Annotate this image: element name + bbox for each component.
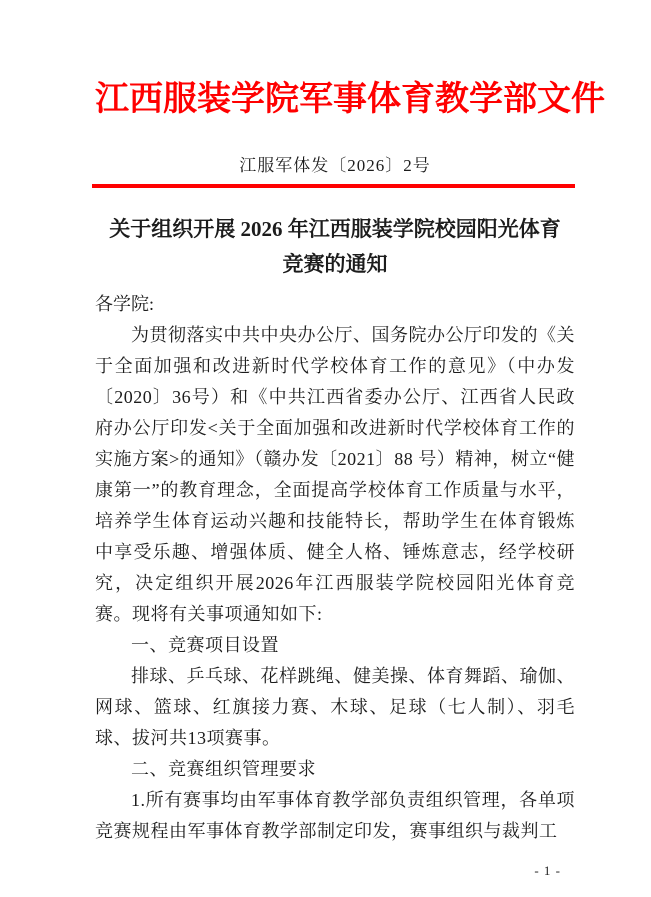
document-header-org-title: 江西服装学院军事体育教学部文件 [95,80,575,121]
doc-number: 江服军体发〔2026〕2号 [95,151,575,176]
document-title: 关于组织开展 2026 年江西服装学院校园阳光体育竞赛的通知 [100,212,570,282]
paragraph-organization-requirements: 1.所有赛事均由军事体育教学部负责组织管理，各单项竞赛规程由军事体育教学部制定印… [95,785,575,847]
salutation: 各学院: [95,289,575,320]
page-number: - 1 - [534,863,561,879]
paragraph-competition-events: 排球、乒乓球、花样跳绳、健美操、体育舞蹈、瑜伽、网球、篮球、红旗接力赛、木球、足… [95,661,575,754]
document-page: 江西服装学院军事体育教学部文件 江服军体发〔2026〕2号 关于组织开展 202… [0,0,651,897]
section-1-heading: 一、竞赛项目设置 [95,630,575,661]
section-2-heading: 二、竞赛组织管理要求 [95,754,575,785]
paragraph-intro: 为贯彻落实中共中央办公厅、国务院办公厅印发的《关于全面加强和改进新时代学校体育工… [95,320,575,630]
header-divider-line [92,184,575,188]
